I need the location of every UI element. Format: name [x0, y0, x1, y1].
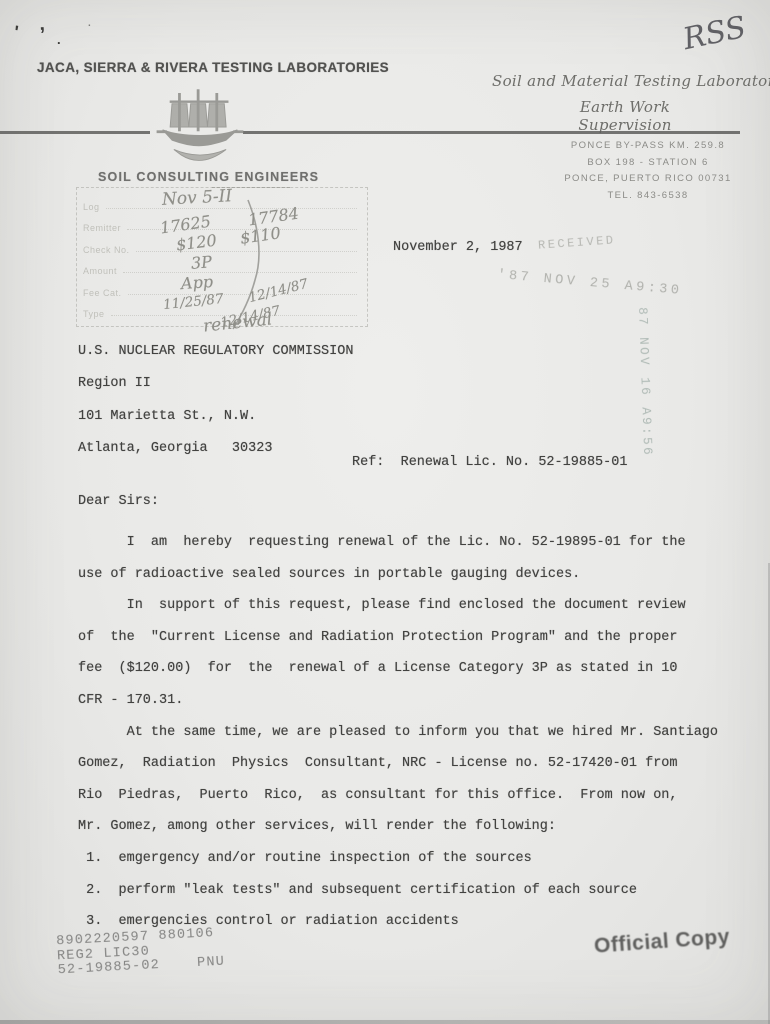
fee-label: Check No. — [83, 245, 130, 255]
handwriting-stroke — [225, 195, 270, 335]
vertical-datetime-stamp: 87 NOV 16 A9:56 — [635, 307, 654, 457]
letter-date: November 2, 1987 — [393, 240, 523, 255]
handwriting-app: App — [180, 272, 213, 293]
fee-label: Amount — [83, 266, 117, 276]
fee-label: Fee Cat. — [83, 288, 122, 298]
ink-speck: . — [57, 32, 61, 47]
received-stamp: RECEIVED — [538, 233, 616, 252]
handwritten-initials: RSS — [680, 10, 749, 57]
scan-edge-bottom — [0, 1020, 770, 1024]
fee-label: Remitter — [83, 223, 121, 233]
letter-body: I am hereby requesting renewal of the Li… — [78, 527, 718, 938]
recipient-address: U.S. NUCLEAR REGULATORY COMMISSION Regio… — [78, 336, 353, 466]
scanned-letter-page: ' ’ . . RSS JACA, SIERRA & RIVERA TESTIN… — [0, 0, 770, 1024]
letterhead-rule-right — [243, 131, 740, 134]
handwriting-date-note: Nov 5-II — [162, 186, 233, 210]
division-name: SOIL CONSULTING ENGINEERS — [98, 170, 319, 184]
fee-label: Log — [83, 202, 100, 212]
received-datetime-stamp: '87 NOV 25 A9:30 — [497, 268, 683, 299]
letterhead-rule-left — [0, 131, 150, 134]
handwriting-category: 3P — [190, 252, 213, 273]
ink-speck: ’ — [39, 24, 46, 47]
salutation: Dear Sirs: — [78, 494, 159, 509]
tagline-line2: Earth Work Supervision — [540, 98, 710, 134]
ink-speck: . — [88, 18, 91, 29]
company-name: JACA, SIERRA & RIVERA TESTING LABORATORI… — [37, 60, 389, 75]
fee-label: Type — [83, 309, 105, 319]
letterhead-address: PONCE BY-PASS KM. 259.8 BOX 198 - STATIO… — [552, 138, 744, 204]
ship-logo — [152, 86, 248, 170]
tagline-line1: Soil and Material Testing Laboratories — [492, 72, 770, 90]
reference-line: Ref: Renewal Lic. No. 52-19885-01 — [352, 455, 627, 470]
ink-speck: ' — [13, 22, 20, 43]
docket-accession-stamp: 8902220597 880106 REG2 LIC30 52-19885-02… — [56, 927, 225, 979]
